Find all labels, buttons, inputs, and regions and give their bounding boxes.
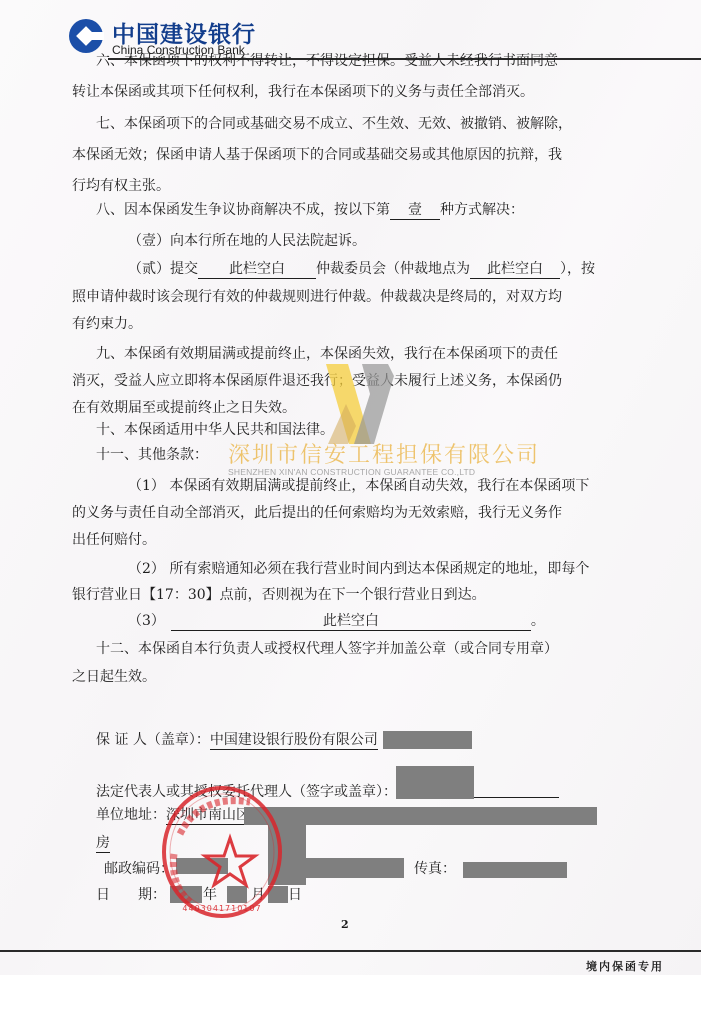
clause-8-choice: 壹: [390, 201, 440, 220]
clause-12-line-1: 十二、本保函自本行负责人或授权代理人签字并加盖公章（或合同专用章）: [96, 640, 558, 658]
guarantor-value: 中国建设银行股份有限公司: [210, 731, 378, 750]
address-tail: 房: [96, 834, 110, 853]
redacted-address: [244, 807, 597, 825]
watermark-company-cn: 深圳市信安工程担保有限公司: [228, 438, 540, 469]
footer-divider: [0, 950, 701, 952]
xinan-x-logo-icon: [326, 364, 396, 444]
address-tail-text: 房: [96, 834, 110, 853]
clause-8-option-2-line-2: 照申请仲裁时该会现行有效的仲裁规则进行仲裁。仲裁裁决是终局的，对双方均: [72, 288, 562, 306]
clause-11-3-suffix: 。: [531, 613, 545, 629]
clause-8-line: 八、因本保函发生争议协商解决不成，按以下第壹种方式解决：: [96, 201, 524, 220]
clause-9-line-2: 消灭，受益人应立即将本保函原件退还我行；受益人未履行上述义务，本保函仍: [72, 372, 562, 390]
date-label: 日 期：: [96, 886, 166, 904]
clause-7-line-2: 本保函无效；保函申请人基于保函项下的合同或基础交易或其他原因的抗辩，我: [72, 146, 562, 164]
clause-8-option-2-line-3: 有约束力。: [72, 315, 142, 333]
clause-11-1-line-2: 的义务与责任自动全部消灭，此后提出的任何索赔均为无效索赔，我行无义务作: [72, 504, 562, 522]
clause-8-prefix: 八、因本保函发生争议协商解决不成，按以下第: [96, 202, 390, 218]
document-page: 中国建设银行 China Construction Bank 六、本保函项下的权…: [0, 0, 701, 975]
fax-label: 传真：: [414, 860, 456, 878]
clause-11-heading: 十一、其他条款：: [96, 446, 208, 464]
seal-star-icon: [205, 838, 255, 885]
option-2-mid: 仲裁委员会（仲裁地点为: [316, 261, 470, 277]
arbitration-place-blank: 此栏空白: [470, 260, 560, 279]
signature-line: [474, 797, 559, 798]
redacted-branch-name: [383, 731, 472, 749]
clause-9-line-3: 在有效期届至或提前终止之日失效。: [72, 399, 296, 417]
arbitration-commission-blank: 此栏空白: [198, 260, 316, 279]
clause-7-line-3: 行均有权主张。: [72, 177, 170, 195]
clause-11-1-line-3: 出任何赔付。: [72, 531, 156, 549]
clause-8-suffix: 种方式解决：: [440, 202, 524, 218]
clause-6-line-2: 转让本保函或其项下任何权利，我行在本保函项下的义务与责任全部消灭。: [72, 83, 534, 101]
clause-11-3-blank: 此栏空白: [171, 612, 531, 631]
clause-10: 十、本保函适用中华人民共和国法律。: [96, 421, 334, 439]
clause-11-3-line: （3）此栏空白。: [128, 612, 545, 631]
clause-12-line-2: 之日起生效。: [72, 668, 156, 686]
guarantor-label: 保 证 人（盖章）：: [96, 732, 210, 748]
footer-note: 境内保函专用: [586, 958, 664, 974]
clause-11-3-prefix: （3）: [128, 613, 165, 629]
clause-11-1-line-1: （1） 本保函有效期届满或提前终止，本保函自动失效，我行在本保函项下: [128, 477, 589, 495]
clause-6-line-1: 六、本保函项下的权利不得转让，不得设定担保。受益人未经我行书面同意: [96, 52, 558, 70]
address-label: 单位地址：: [96, 807, 166, 823]
clause-7-line-1: 七、本保函项下的合同或基础交易不成立、不生效、无效、被撤销、被解除，: [96, 115, 572, 133]
clause-9-line-1: 九、本保函有效期届满或提前终止，本保函失效，我行在本保函项下的责任: [96, 345, 558, 363]
page-number: 2: [341, 918, 349, 931]
official-seal-stamp: 4403041710107: [160, 784, 285, 922]
option-2-suffix: ），按: [560, 261, 595, 277]
clause-11-2-line-1: （2） 所有索赔通知必须在我行营业时间内到达本保函规定的地址，即每个: [128, 560, 589, 578]
clause-8-option-2-line-1: （贰）提交此栏空白仲裁委员会（仲裁地点为此栏空白），按: [128, 260, 595, 279]
clause-11-2-line-2: 银行营业日【17：30】点前，否则视为在下一个银行营业日到达。: [72, 586, 486, 604]
seal-number: 4403041710107: [182, 904, 261, 913]
guarantor-row: 保 证 人（盖章）：中国建设银行股份有限公司: [96, 731, 378, 750]
day-label: 日: [288, 886, 302, 904]
clause-8-option-1: （壹）向本行所在地的人民法院起诉。: [128, 232, 366, 250]
redacted-phone: [306, 858, 404, 878]
option-2-prefix: （贰）提交: [128, 261, 198, 277]
redacted-fax: [463, 862, 567, 878]
redacted-signature: [396, 766, 474, 799]
watermark-company-en: SHENZHEN XIN'AN CONSTRUCTION GUARANTEE C…: [228, 467, 475, 477]
ccb-logo-icon: [68, 18, 104, 54]
